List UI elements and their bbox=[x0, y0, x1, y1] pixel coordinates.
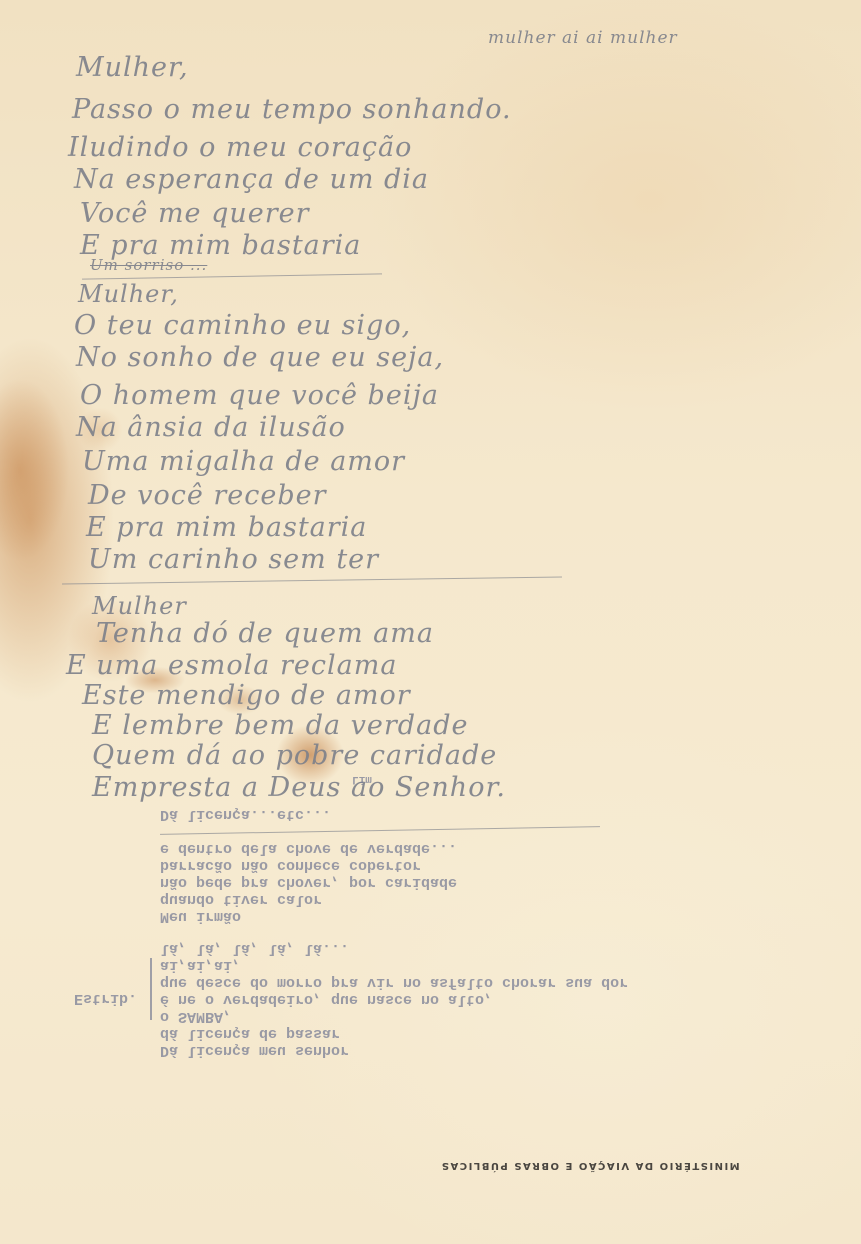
typed-line: que desce do morro pra vir no asfalto ch… bbox=[160, 974, 628, 991]
stanza3-line: E uma esmola reclama bbox=[66, 650, 397, 681]
stanza2-line: O teu caminho eu sigo, bbox=[74, 310, 411, 341]
typed-line: quando tiver calor bbox=[160, 891, 322, 908]
typed-line: Dá licença meu senhor bbox=[160, 1042, 349, 1059]
stanza2-heading: Mulher, bbox=[78, 280, 179, 308]
stanza1-line: Na esperança de um dia bbox=[74, 164, 429, 195]
typed-line: não pede pra chover, por caridade bbox=[160, 874, 457, 891]
typed-superscript: Lim bbox=[352, 770, 372, 787]
typed-line: dá licença de passar bbox=[160, 1025, 340, 1042]
stanza3-line: Quem dá ao pobre caridade bbox=[92, 740, 497, 771]
stanza2-line: Uma migalha de amor bbox=[82, 446, 405, 477]
typed-line: lá, lá, lá, lá, lá... bbox=[160, 940, 349, 957]
stanza1-line: Iludindo o meu coração bbox=[68, 132, 412, 163]
stanza2-line: Um carinho sem ter bbox=[88, 544, 379, 575]
stanza1-heading: Mulher, bbox=[76, 52, 189, 83]
stanza3-heading: Mulher bbox=[92, 592, 187, 620]
stanza3-line: Este mendigo de amor bbox=[82, 680, 411, 711]
typed-line: Meu irmão bbox=[160, 908, 241, 925]
stanza2-line: Na ânsia da ilusão bbox=[76, 412, 346, 443]
typed-line: o SAMBA, bbox=[160, 1008, 232, 1025]
typed-line: e dentro dela chove de verdade... bbox=[160, 840, 457, 857]
typed-line: é ne o verdadeiro, que nasce no alto, bbox=[160, 991, 493, 1008]
stanza2-line: De você receber bbox=[88, 480, 327, 511]
stanza2-line: E pra mim bastaria bbox=[86, 512, 367, 543]
margin-note: mulher ai ai mulher bbox=[488, 28, 678, 48]
typed-line: barracão não conhece cobertor bbox=[160, 857, 421, 874]
stanza3-line: E lembre bem da verdade bbox=[92, 710, 468, 741]
stanza2-line: No sonho de que eu seja, bbox=[76, 342, 444, 373]
stanza3-line: Empresta a Deus ao Senhor. bbox=[92, 772, 506, 803]
letterhead-footer: MINISTÉRIO DA VIAÇÃO E OBRAS PÚBLICAS bbox=[440, 1160, 740, 1171]
stanza1-line: Passo o meu tempo sonhando. bbox=[72, 94, 512, 125]
typed-line: ai,ai,ai, bbox=[160, 957, 241, 974]
typed-bracket bbox=[150, 958, 152, 1020]
stanza3-line: Tenha dó de quem ama bbox=[96, 618, 434, 649]
typed-side-label: Estrib. bbox=[74, 990, 137, 1007]
stanza1-line: Você me querer bbox=[80, 198, 310, 229]
typed-line: Dá licença...etc... bbox=[160, 806, 331, 823]
stanza2-line: O homem que você beija bbox=[80, 380, 439, 411]
crossed-out-line: Um sorriso ... bbox=[90, 256, 207, 274]
